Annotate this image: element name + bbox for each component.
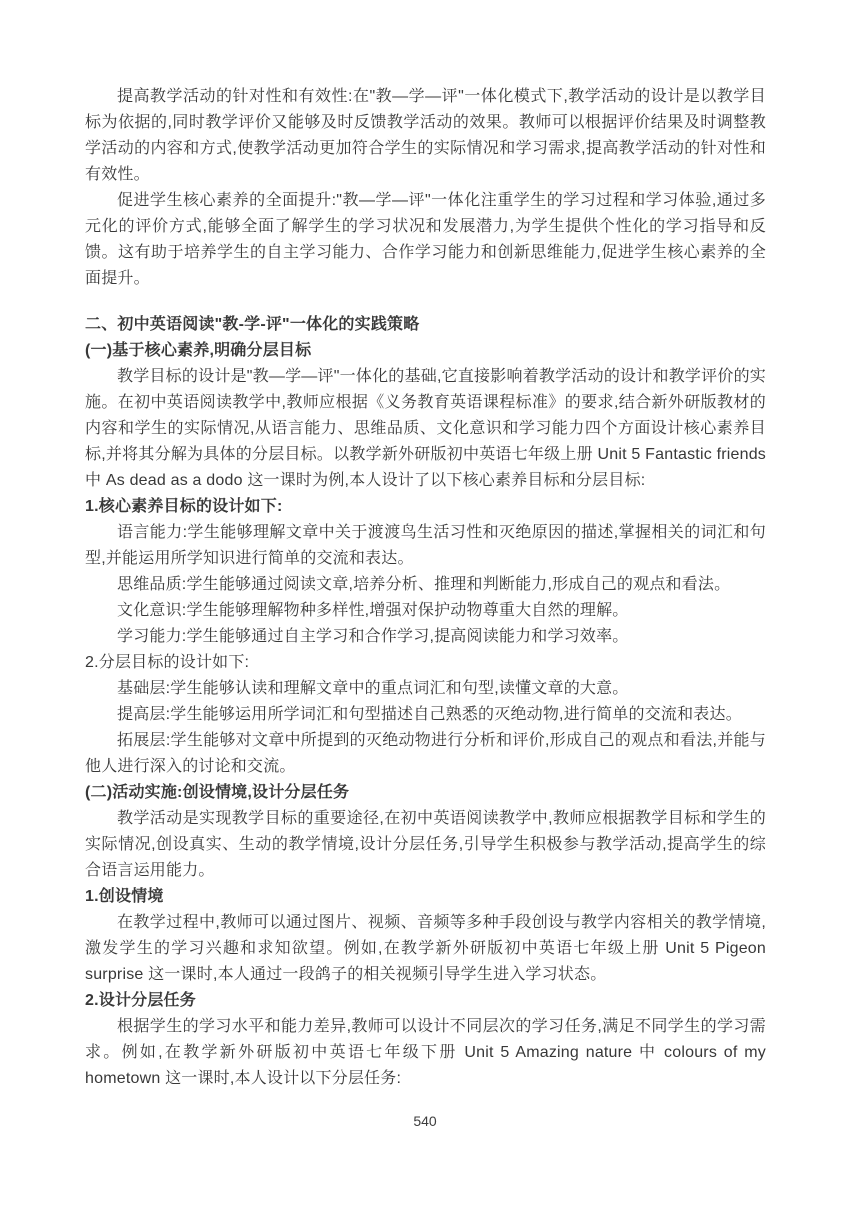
layered-goals-heading: 2.分层目标的设计如下: xyxy=(85,650,766,676)
section-heading: 二、初中英语阅读"教-学-评"一体化的实践策略 xyxy=(85,312,766,338)
document-page: 提高教学活动的针对性和有效性:在"教—学—评"一体化模式下,教学活动的设计是以教… xyxy=(0,0,850,1205)
sub1-heading: 1.创设情境 xyxy=(85,884,766,910)
paragraph-part2-intro: 教学活动是实现教学目标的重要途径,在初中英语阅读教学中,教师应根据教学目标和学生… xyxy=(85,806,766,884)
layered-goal-basic: 基础层:学生能够认读和理解文章中的重点词汇和句型,读懂文章的大意。 xyxy=(85,676,766,702)
subsection-heading-part2: (二)活动实施:创设情境,设计分层任务 xyxy=(85,780,766,806)
paragraph-part1-intro: 教学目标的设计是"教—学—评"一体化的基础,它直接影响着教学活动的设计和教学评价… xyxy=(85,364,766,494)
sub1-body: 在教学过程中,教师可以通过图片、视频、音频等多种手段创设与教学内容相关的教学情境… xyxy=(85,910,766,988)
page-number: 540 xyxy=(0,1110,850,1132)
document-content: 提高教学活动的针对性和有效性:在"教—学—评"一体化模式下,教学活动的设计是以教… xyxy=(85,84,766,1092)
core-goal-thinking: 思维品质:学生能够通过阅读文章,培养分析、推理和判断能力,形成自己的观点和看法。 xyxy=(85,572,766,598)
layered-goal-extended: 拓展层:学生能够对文章中所提到的灭绝动物进行分析和评价,形成自己的观点和看法,并… xyxy=(85,728,766,780)
subsection-heading-part1: (一)基于核心素养,明确分层目标 xyxy=(85,338,766,364)
paragraph-intro-2: 促进学生核心素养的全面提升:"教—学—评"一体化注重学生的学习过程和学习体验,通… xyxy=(85,188,766,292)
sub2-heading: 2.设计分层任务 xyxy=(85,988,766,1014)
core-goal-language: 语言能力:学生能够理解文章中关于渡渡鸟生活习性和灭绝原因的描述,掌握相关的词汇和… xyxy=(85,520,766,572)
paragraph-intro-1: 提高教学活动的针对性和有效性:在"教—学—评"一体化模式下,教学活动的设计是以教… xyxy=(85,84,766,188)
layered-goal-advanced: 提高层:学生能够运用所学词汇和句型描述自己熟悉的灭绝动物,进行简单的交流和表达。 xyxy=(85,702,766,728)
sub2-body: 根据学生的学习水平和能力差异,教师可以设计不同层次的学习任务,满足不同学生的学习… xyxy=(85,1014,766,1092)
core-goal-learning: 学习能力:学生能够通过自主学习和合作学习,提高阅读能力和学习效率。 xyxy=(85,624,766,650)
core-goal-culture: 文化意识:学生能够理解物种多样性,增强对保护动物尊重大自然的理解。 xyxy=(85,598,766,624)
core-goals-heading: 1.核心素养目标的设计如下: xyxy=(85,494,766,520)
